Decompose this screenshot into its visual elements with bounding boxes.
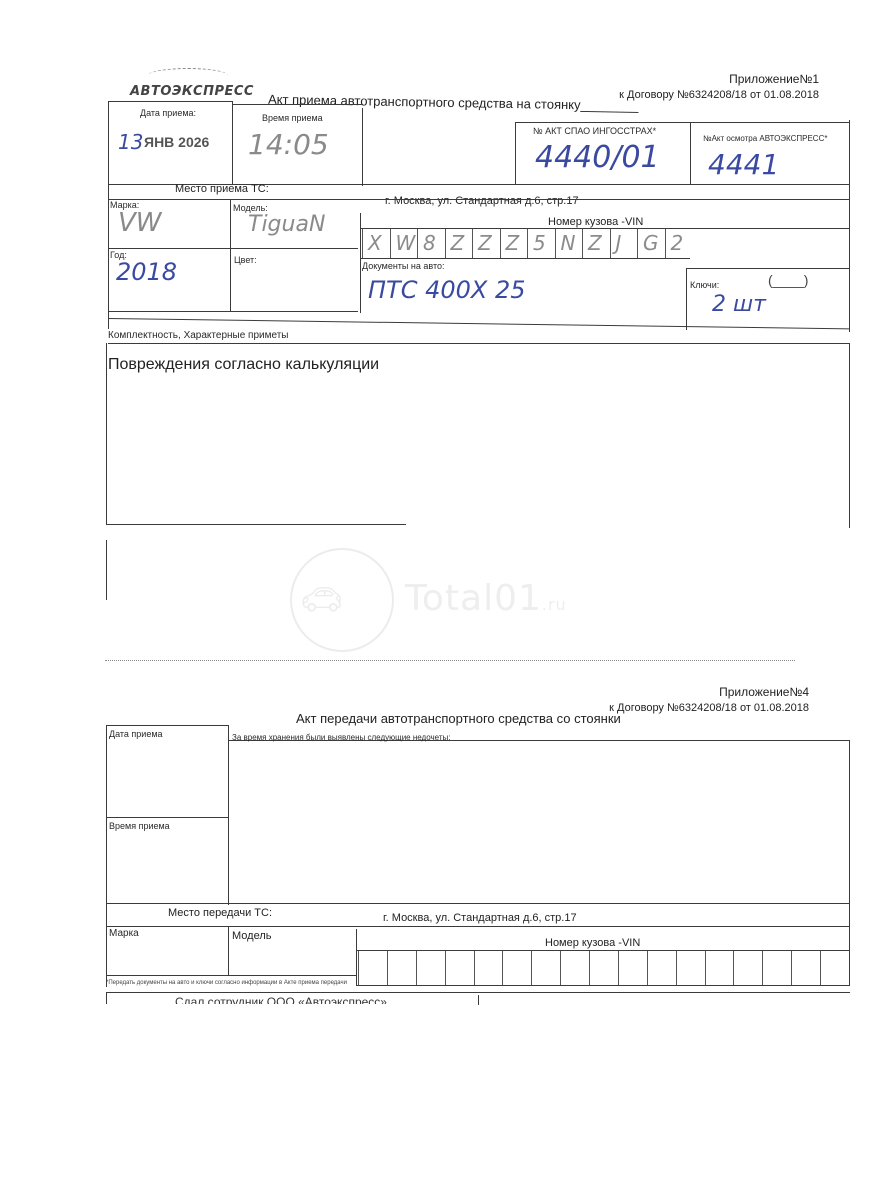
vin-cell[interactable]	[762, 951, 792, 985]
date-day-value[interactable]: 13	[118, 130, 143, 154]
vin-character: Z	[506, 231, 520, 255]
act-title: Акт приема автотранспортного средства на…	[268, 92, 639, 113]
appendix-number-2: Приложение№4	[719, 685, 809, 699]
vin-cell[interactable]	[358, 951, 388, 985]
vin-character: 8	[423, 231, 436, 255]
vin-cell[interactable]	[589, 951, 619, 985]
vin-character: W	[396, 231, 416, 255]
act-title-2: Акт передачи автотранспортного средства …	[296, 711, 621, 726]
vin-cell[interactable]	[618, 951, 648, 985]
handover-model-label: Модель	[232, 930, 271, 942]
contract-reference: к Договору №6324208/18 от 01.08.2018	[619, 89, 819, 101]
vin-cell[interactable]	[474, 951, 504, 985]
date-label: Дата приема:	[140, 108, 196, 118]
documents-value[interactable]: ПТС 400Х 25	[368, 276, 526, 304]
vin-character: 2	[671, 231, 684, 255]
place-value: г. Москва, ул. Стандартная д.6, стр.17	[385, 195, 579, 207]
footnote: *Передать документы на авто и ключи согл…	[106, 980, 347, 986]
vin-cell[interactable]	[676, 951, 706, 985]
vin-label: Номер кузова -VIN	[548, 216, 643, 228]
keys-bracket: (____)	[768, 272, 808, 288]
inspection-act-value[interactable]: 4441	[708, 148, 779, 181]
company-logo: АВТОЭКСПРЕСС	[130, 84, 254, 99]
vin-cell[interactable]	[791, 951, 821, 985]
vin-cell[interactable]	[445, 951, 475, 985]
handover-time-label: Время приема	[109, 821, 170, 831]
appendix-number: Приложение№1	[729, 72, 819, 86]
year-value[interactable]: 2018	[116, 258, 177, 286]
ingosstrakh-act-label: № АКТ СПАО ИНГОССТРАХ*	[533, 126, 656, 136]
vin-character: G	[643, 231, 659, 255]
ingosstrakh-act-value[interactable]: 4440/01	[535, 140, 660, 175]
vin-cell[interactable]	[416, 951, 446, 985]
vin-character: N	[561, 231, 576, 255]
inspection-act-label: №Акт осмотра АВТОЭКСПРЕСС*	[703, 134, 827, 143]
car-logo-icon: 🚗︎	[300, 580, 343, 620]
vin-character: Z	[451, 231, 465, 255]
completeness-value[interactable]: Повреждения согласно калькуляции	[108, 356, 379, 374]
color-label: Цвет:	[234, 255, 257, 265]
vin-character: J	[616, 231, 622, 255]
completeness-label: Комплектность, Характерные приметы	[108, 330, 289, 341]
vin-cell[interactable]	[733, 951, 763, 985]
vin-cell[interactable]	[531, 951, 561, 985]
cut-line	[105, 660, 795, 661]
handover-time-field[interactable]	[109, 834, 224, 899]
vin-character: Z	[478, 231, 492, 255]
vin-cell[interactable]	[820, 951, 850, 985]
time-label: Время приема	[262, 113, 323, 123]
handover-date-label: Дата приема	[109, 729, 163, 739]
handover-brand-label: Марка	[109, 928, 139, 939]
vin-cell[interactable]	[647, 951, 677, 985]
model-value[interactable]: TiguaN	[248, 212, 325, 237]
vin-character: Z	[588, 231, 602, 255]
handover-vin-label: Номер кузова -VIN	[545, 937, 640, 949]
contract-reference-2: к Договору №6324208/18 от 01.08.2018	[609, 702, 809, 714]
vin-cell[interactable]	[502, 951, 532, 985]
handover-place-label: Место передачи ТС:	[168, 907, 272, 919]
vin-character: 5	[533, 231, 546, 255]
vin-cell[interactable]	[705, 951, 735, 985]
time-value[interactable]: 14:05	[248, 128, 329, 161]
logo-arc	[148, 68, 228, 83]
vin-character: X	[368, 231, 382, 255]
documents-label: Документы на авто:	[362, 261, 445, 271]
watermark-text: Total01.ru	[405, 578, 567, 619]
vin-cell[interactable]	[560, 951, 590, 985]
place-label: Место приема ТС:	[175, 183, 269, 195]
keys-label: Ключи:	[690, 280, 719, 290]
defects-label: За время хранения были выявлены следующи…	[232, 733, 450, 742]
date-stamp: ЯНВ 2026	[144, 134, 209, 150]
handover-place-value: г. Москва, ул. Стандартная д.6, стр.17	[383, 912, 577, 924]
vin-cell[interactable]	[387, 951, 417, 985]
handover-signature-label: Сдал сотрудник ООО «Автоэкспресс»	[175, 995, 387, 1004]
keys-value[interactable]: 2 шт	[712, 292, 766, 317]
brand-value[interactable]: VW	[118, 208, 162, 238]
vin-cell[interactable]	[610, 229, 639, 259]
handover-date-field[interactable]	[109, 742, 224, 812]
defects-field[interactable]	[232, 748, 844, 898]
